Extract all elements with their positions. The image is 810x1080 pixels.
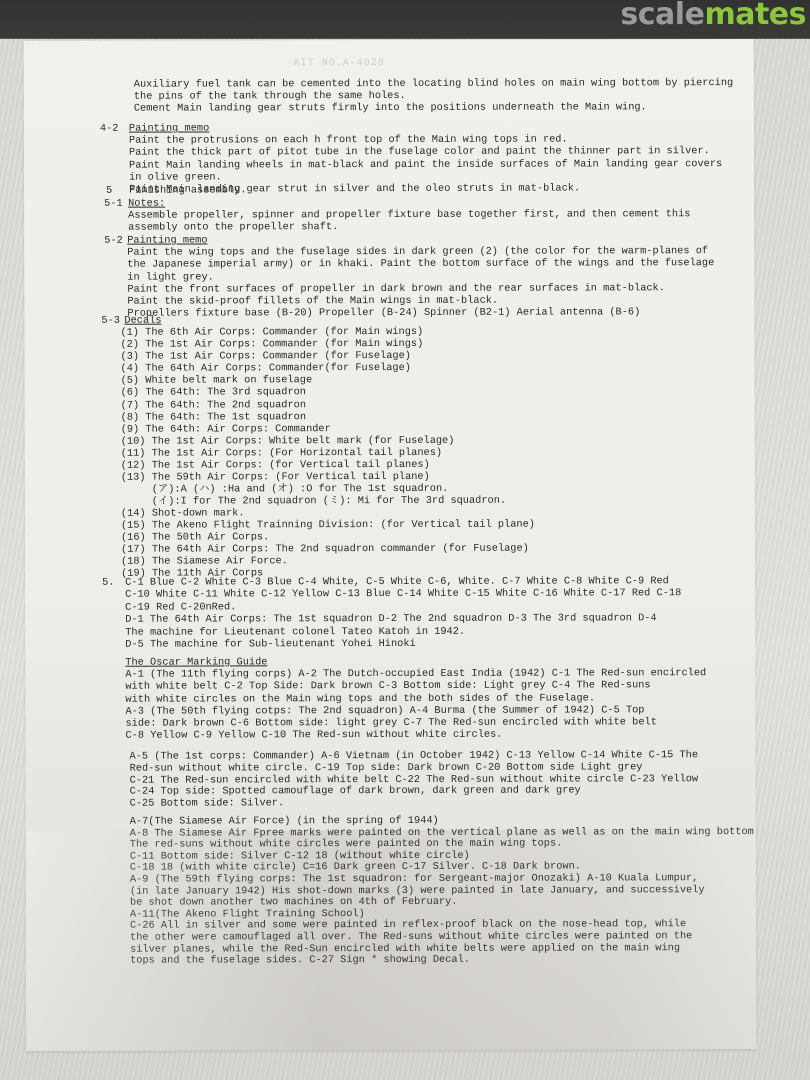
decal-list-item: (14) Shot-down mark. [121,507,245,520]
text-line: Assemble propeller, spinner and propelle… [128,208,690,222]
decal-list-item: (11) The 1st Air Corps: (For Horizontal … [121,447,442,460]
text-line: C-1 Blue C-2 White C-3 Blue C-4 White, C… [125,575,669,589]
text-line: C-19 Red C-20nRed. [125,601,236,613]
decal-list-item: (12) The 1st Air Corps: (for Vertical ta… [121,459,430,472]
instruction-sheet: KIT NO.A-4020 Auxiliary fuel tank can be… [24,39,757,1051]
text-line: C-10 White C-11 White C-12 Yellow C-13 B… [125,588,681,602]
decal-list-item: (18) The Siamese Air Force. [121,555,288,568]
text-line: Paint the protrusions on each h front to… [129,134,568,147]
text-line: Auxiliary fuel tank can be cemented into… [134,77,733,91]
text-line: assembly onto the propeller shaft. [128,222,338,235]
text-line: the Japanese imperial army) or in khaki.… [127,258,714,272]
decal-list-item: (イ):I for The 2nd squadron (ミ): Mi for T… [121,495,506,508]
decal-list-item: (4) The 64th Air Corps: Commander(for Fu… [121,362,411,375]
section-heading: Painting memo [127,234,207,246]
decal-list-item: (15) The Akeno Flight Trainning Division… [121,519,535,532]
section-number: 5 [106,185,112,197]
section-heading: Finishing assembly. [129,184,246,197]
section-heading: Decals [124,315,161,327]
decal-list-item: (17) The 64th Air Corps: The 2nd squadro… [121,543,529,556]
text-line: Paint Main landing wheels in mat-black a… [129,158,722,172]
decal-list-item: (10) The 1st Air Corps: White belt mark … [121,434,455,447]
decal-list-item: (13) The 59th Air Corps: (For Vertical t… [121,471,430,484]
decal-list-item: (5) White belt mark on fuselage [121,375,313,388]
text-line: C-25 Bottom side: Silver. [130,797,285,810]
text-line: D-5 The machine for Sub-lieutenant Yohei… [125,638,415,651]
decal-list-item: (3) The 1st Air Corps: Commander (for Fu… [120,350,410,363]
text-line: The machine for Lieutenant colonel Tateo… [125,625,465,638]
section-number: 5-3 [101,315,120,327]
decal-list-item: (16) The 50th Air Corps. [121,531,269,544]
logo-text-mates: mates [704,0,806,32]
bleed-through-header: KIT NO.A-4020 [294,58,385,69]
text-line: side: Dark brown C-6 Bottom side: light … [125,716,656,730]
decal-list-item: (8) The 64th: The 1st squadron [121,411,306,424]
site-header-bar: scalemates [0,0,810,39]
section-number: 5-1 [104,198,123,210]
text-line: tops and the fuselage sides. C-27 Sign *… [130,954,470,967]
decal-list-item: (2) The 1st Air Corps: Commander (for Ma… [120,338,423,351]
section-number: 5. [102,577,114,589]
section-number: 5-2 [104,235,123,247]
decal-list-item: (1) The 6th Air Corps: Commander (for Ma… [120,326,423,339]
section-heading: Painting memo [129,122,209,134]
text-line: the pins of the tank through the same ho… [134,90,406,103]
decal-list-item: (6) The 64th: The 3rd squadron [121,387,306,400]
section-number: 4-2 [100,123,119,135]
text-line: Propellers fixture base (B-20) Propeller… [127,307,640,321]
decal-list-item: (9) The 64th: Air Corps: Commander [121,423,331,436]
text-line: D-1 The 64th Air Corps: The 1st squadron… [125,612,656,626]
text-line: C-24 Top side: Spotted camouflage of dar… [130,785,581,798]
text-line: C-8 Yellow C-9 Yellow C-10 The Red-sun w… [125,729,502,742]
text-line: Cement Main landing gear struts firmly i… [134,102,647,116]
logo-text-scale: scale [620,0,704,32]
section-heading: Notes: [128,198,165,210]
text-line: in light grey. [127,271,214,283]
marking-guide-heading: The Oscar Marking Guide [125,656,267,669]
decal-list-item: (ア):A (ハ) :Ha and (オ) :O for The 1st squ… [121,483,449,496]
decal-list-item: (7) The 64th: The 2nd squadron [121,399,306,412]
text-line: in olive green. [129,171,222,183]
text-line: Paint the front surfaces of propeller in… [127,282,665,296]
text-line: Paint the skid-proof fillets of the Main… [127,295,498,308]
scalemates-logo[interactable]: scalemates [620,0,806,32]
